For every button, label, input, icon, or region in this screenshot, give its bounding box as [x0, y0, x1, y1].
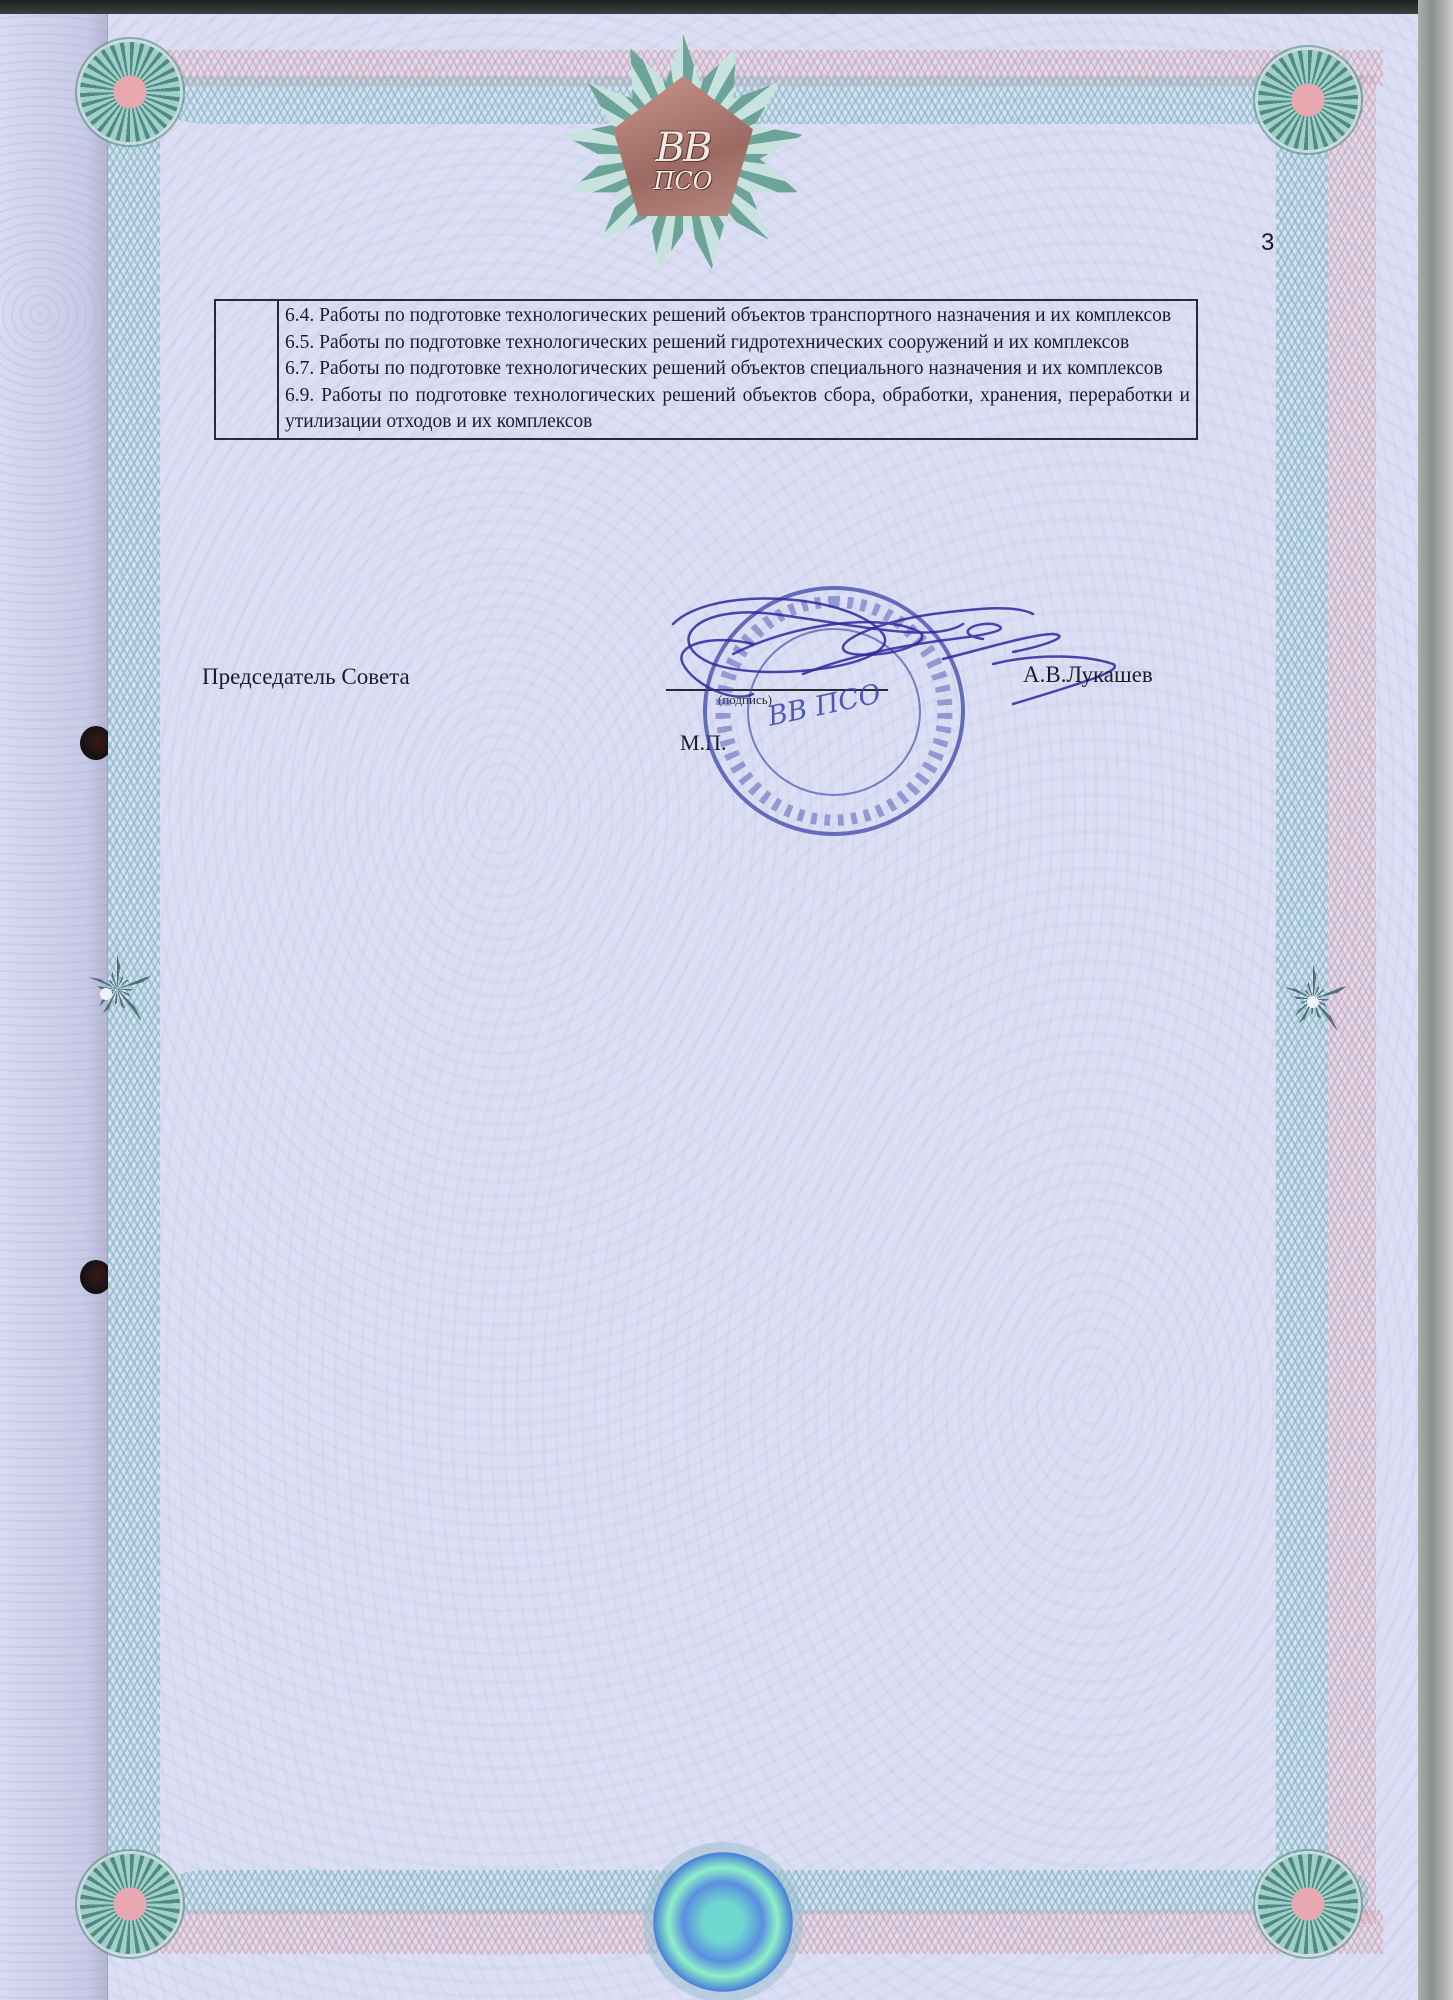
- rosette-top-right-icon: [1258, 50, 1358, 150]
- rosette-bottom-left-icon: [80, 1854, 180, 1954]
- organization-emblem: ВВ ПСО: [563, 34, 803, 274]
- certificate-page: ВВ ПСО 3 6.4. Работы по подготовке техно…: [108, 14, 1418, 2000]
- hologram-seal-icon: [653, 1852, 793, 1992]
- scanner-edge-right: [1418, 0, 1453, 2000]
- previous-page-edge: [0, 14, 108, 2000]
- signer-name: А.В.Лукашев: [1023, 662, 1153, 688]
- activity-item-6-7: 6.7. Работы по подготовке технологически…: [285, 356, 1190, 383]
- activity-item-6-4: 6.4. Работы по подготовке технологически…: [285, 303, 1190, 330]
- rosette-top-left-icon: [80, 42, 180, 142]
- activities-table: 6.4. Работы по подготовке технологически…: [214, 299, 1198, 440]
- guilloche-border-right-teal: [1276, 74, 1328, 1894]
- star-center-dot: [1307, 996, 1319, 1008]
- table-row: 6.4. Работы по подготовке технологически…: [215, 300, 1197, 439]
- table-text-cell: 6.4. Работы по подготовке технологически…: [278, 300, 1197, 439]
- scanner-edge-top: [0, 0, 1453, 14]
- rosette-bottom-right-icon: [1258, 1854, 1358, 1954]
- signer-role: Председатель Совета: [202, 664, 410, 690]
- star-center-dot: [100, 988, 112, 1000]
- handwritten-signature-icon: [653, 584, 1123, 734]
- emblem-monogram: ВВ: [656, 128, 711, 168]
- activity-item-6-5: 6.5. Работы по подготовке технологически…: [285, 330, 1190, 357]
- guilloche-border-right-pink: [1328, 74, 1376, 1924]
- table-number-cell: [215, 300, 278, 439]
- page-number: 3: [1261, 229, 1274, 257]
- activity-item-6-9: 6.9. Работы по подготовке технологически…: [285, 383, 1190, 436]
- emblem-abbreviation: ПСО: [654, 168, 713, 194]
